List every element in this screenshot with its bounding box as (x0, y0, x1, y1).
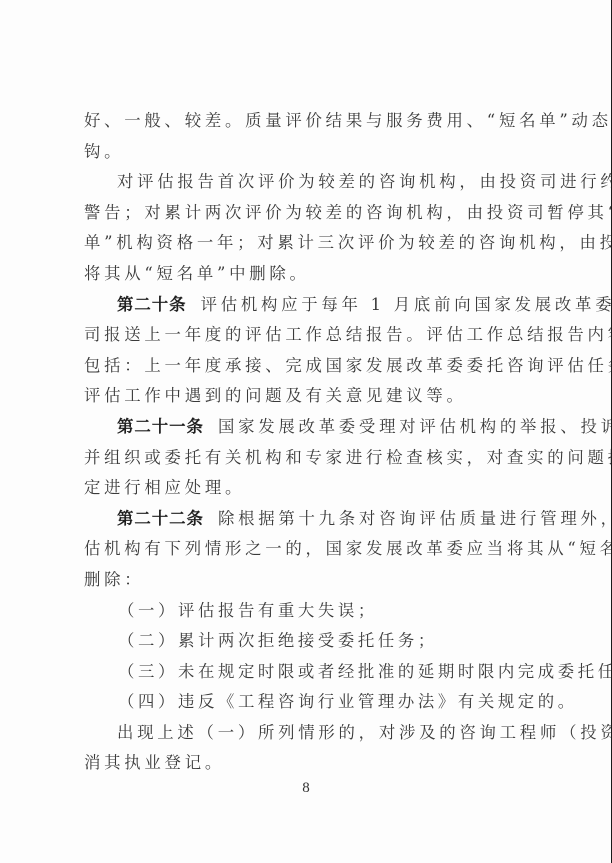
list-item: （一）评估报告有重大失误； (84, 596, 532, 627)
article-text: 评估机构应于每年 1 月底前向国家发展改革委投资 (201, 295, 612, 314)
article-text: 国家发展改革委受理对评估机构的举报、投诉， (218, 417, 612, 436)
text-line: 定进行相应处理。 (84, 473, 532, 504)
text-line: 估机构有下列情形之一的，国家发展改革委应当将其从“短名单”中 (84, 534, 532, 565)
document-page: 好、一般、较差。质量评价结果与服务费用、“短名单”动态管理挂 钩。 对评估报告首… (0, 0, 611, 863)
article-text: 除根据第十九条对咨询评估质量进行管理外，评 (218, 509, 612, 528)
text-line: 好、一般、较差。质量评价结果与服务费用、“短名单”动态管理挂 (84, 106, 532, 137)
text-line: 对评估报告首次评价为较差的咨询机构，由投资司进行约谈、 (84, 167, 532, 198)
paragraph-registration-cancel: 出现上述（一）所列情形的，对涉及的咨询工程师（投资），取 消其执业登记。 (84, 718, 532, 779)
text-line: 出现上述（一）所列情形的，对涉及的咨询工程师（投资），取 (84, 718, 532, 749)
article-21: 第二十一条国家发展改革委受理对评估机构的举报、投诉， 并组织或委托有关机构和专家… (84, 412, 532, 504)
text-line: 单”机构资格一年；对累计三次评价为较差的咨询机构，由投资司 (84, 228, 532, 259)
removal-conditions-list: （一）评估报告有重大失误； （二）累计两次拒绝接受委托任务； （三）未在规定时限… (84, 596, 532, 718)
paragraph-quality-evaluation: 好、一般、较差。质量评价结果与服务费用、“短名单”动态管理挂 钩。 (84, 106, 532, 167)
text-line: 第二十一条国家发展改革委受理对评估机构的举报、投诉， (84, 412, 532, 443)
article-heading: 第二十一条 (117, 417, 204, 436)
text-line: 并组织或委托有关机构和专家进行检查核实，对查实的问题按照规 (84, 443, 532, 474)
text-line: 将其从“短名单”中删除。 (84, 259, 532, 290)
paragraph-poor-rating-penalties: 对评估报告首次评价为较差的咨询机构，由投资司进行约谈、 警告；对累计两次评价为较… (84, 167, 532, 289)
text-line: 消其执业登记。 (84, 748, 532, 779)
text-line: 司报送上一年度的评估工作总结报告。评估工作总结报告内容主要 (84, 320, 532, 351)
document-body: 好、一般、较差。质量评价结果与服务费用、“短名单”动态管理挂 钩。 对评估报告首… (84, 106, 532, 779)
text-line: 警告；对累计两次评价为较差的咨询机构，由投资司暂停其“短名 (84, 198, 532, 229)
article-heading: 第二十条 (117, 295, 187, 314)
text-line: 评估工作中遇到的问题及有关意见建议等。 (84, 381, 532, 412)
text-line: 删除： (84, 565, 532, 596)
text-line: 钩。 (84, 137, 532, 168)
text-line: 第二十条评估机构应于每年 1 月底前向国家发展改革委投资 (84, 290, 532, 321)
list-item: （四）违反《工程咨询行业管理办法》有关规定的。 (84, 687, 532, 718)
article-heading: 第二十二条 (117, 509, 204, 528)
text-line: 第二十二条除根据第十九条对咨询评估质量进行管理外，评 (84, 504, 532, 535)
article-22: 第二十二条除根据第十九条对咨询评估质量进行管理外，评 估机构有下列情形之一的，国… (84, 504, 532, 596)
list-item: （三）未在规定时限或者经批准的延期时限内完成委托任务； (84, 657, 532, 688)
page-number: 8 (0, 780, 612, 797)
text-line: 包括：上一年度承接、完成国家发展改革委委托咨询评估任务情况； (84, 351, 532, 382)
list-item: （二）累计两次拒绝接受委托任务； (84, 626, 532, 657)
article-20: 第二十条评估机构应于每年 1 月底前向国家发展改革委投资 司报送上一年度的评估工… (84, 290, 532, 412)
